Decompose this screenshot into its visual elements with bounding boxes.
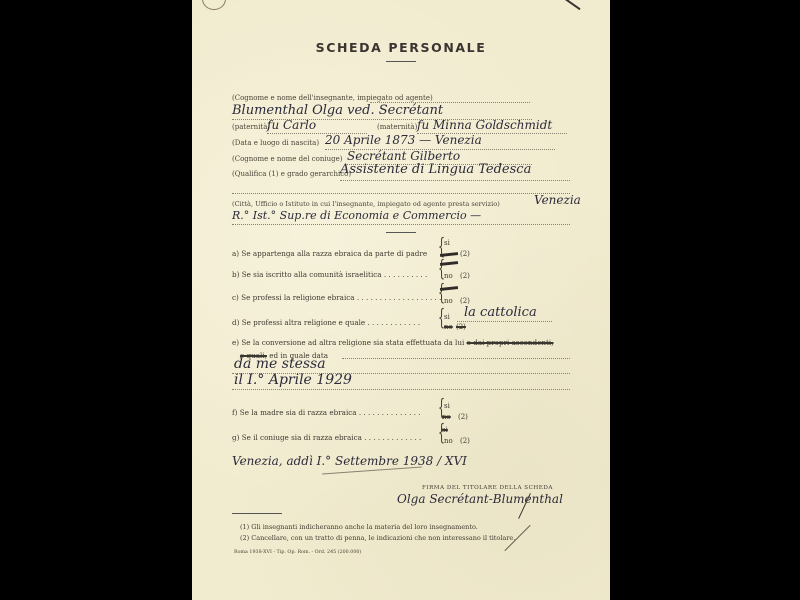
city-label: (Città, Ufficio o Istituto in cui l'inse… — [232, 200, 500, 208]
section-rule — [386, 232, 416, 233]
strike-mark — [440, 286, 458, 291]
dotted-line — [340, 180, 570, 181]
option-si: si — [444, 239, 450, 247]
option-no: no — [444, 297, 453, 305]
question-f: f) Se la madre sia di razza ebraica . . … — [232, 408, 421, 417]
page-title: SCHEDA PERSONALE — [192, 40, 610, 55]
religion-answer: la cattolica — [464, 305, 537, 320]
printer-line: Roma 1938-XVI - Tip. Op. Rom. - Ord. 245… — [234, 550, 361, 555]
question-c: c) Se professi la religione ebraica . . … — [232, 293, 441, 302]
maternity-value: fu Minna Goldschmidt — [417, 118, 552, 132]
conversion-answer-1: da me stessa — [234, 356, 326, 372]
question-a: a) Se appartenga alla razza ebraica da p… — [232, 249, 427, 258]
corner-mark-right — [561, 0, 580, 10]
footnote-1: (1) Gli insegnanti indicheranno anche la… — [240, 523, 478, 531]
city-value: Venezia — [534, 193, 581, 207]
institute-value: R.° Ist.° Sup.re di Economia e Commercio… — [232, 209, 481, 222]
dotted-line — [342, 358, 570, 359]
strike-mark — [440, 261, 458, 266]
birth-label: (Data e luogo di nascita) — [232, 139, 319, 147]
option-no-struck: no — [444, 323, 453, 331]
dotted-line — [232, 389, 570, 390]
dotted-line — [232, 224, 570, 225]
qualification-value: Assistente di Lingua Tedesca — [340, 162, 531, 177]
qualification-label: (Qualifica (1) e grado gerarchico) — [232, 170, 351, 178]
document-page: SCHEDA PERSONALE (Cognome e nome dell'in… — [192, 0, 610, 600]
footnote-ref: (2) — [460, 297, 470, 305]
footnote-2: (2) Cancellare, con un tratto di penna, … — [240, 534, 515, 542]
question-d: d) Se professi altra religione e quale .… — [232, 318, 420, 327]
question-b: b) Se sia iscritto alla comunità israeli… — [232, 270, 427, 279]
signature-title: FIRMA DEL TITOLARE DELLA SCHEDA — [422, 485, 553, 491]
name-label: (Cognome e nome dell'insegnante, impiega… — [232, 94, 433, 102]
question-e: e) Se la conversione ad altra religione … — [232, 338, 553, 347]
conversion-answer-2: il I.° Aprile 1929 — [234, 372, 352, 388]
birth-value: 20 Aprile 1873 — Venezia — [325, 133, 482, 147]
footnote-ref: (2) — [456, 323, 466, 331]
signature: Olga Secrétant-Blumenthal — [397, 492, 563, 506]
name-value: Blumenthal Olga ved. Secrétant — [232, 103, 443, 118]
option-no: no — [444, 437, 453, 445]
spouse-value: Secrétant Gilberto — [347, 149, 460, 163]
option-no: no — [444, 272, 453, 280]
question-g: g) Se il coniuge sia di razza ebraica . … — [232, 433, 421, 442]
paternity-label: (paternità) — [232, 123, 270, 131]
option-si-struck: si — [442, 426, 448, 434]
title-rule — [386, 61, 416, 62]
dotted-line — [232, 193, 570, 194]
place-date: Venezia, addì I.° Settembre 1938 / XVI — [232, 454, 467, 468]
maternity-label: (maternità) — [377, 123, 417, 131]
footnote-rule — [232, 513, 282, 514]
spouse-label: (Cognome e nome del coniuge) — [232, 155, 342, 163]
paternity-value: fu Carlo — [267, 118, 316, 132]
option-si: si — [444, 313, 450, 321]
corner-mark-left — [202, 0, 226, 10]
footnote-ref: (2) — [460, 250, 470, 258]
option-si: si — [444, 402, 450, 410]
footnote-ref: (2) — [460, 272, 470, 280]
dotted-line — [457, 321, 552, 322]
footnote-ref: (2) — [460, 437, 470, 445]
option-no-struck: no — [442, 413, 451, 421]
footnote-ref: (2) — [458, 413, 468, 421]
